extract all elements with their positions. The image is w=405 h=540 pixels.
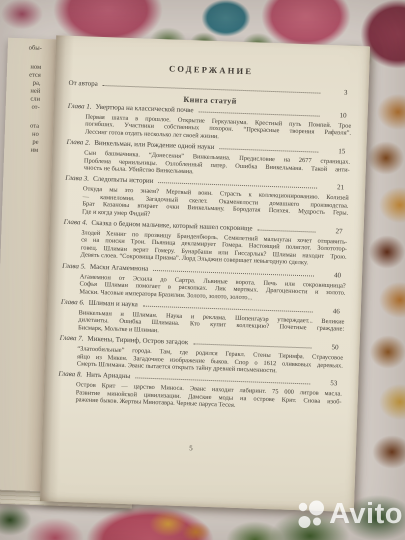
chapter-label: Глава 2. <box>66 138 90 147</box>
chapter-page-number: 10 <box>325 111 352 120</box>
chapter-page-number: 53 <box>315 379 342 388</box>
chapter-title: Следопыты истории <box>93 175 154 185</box>
chapter-page-number: 27 <box>320 227 347 236</box>
photo-scene: обы-нометсяра,нейслиот-отанореим СОДЕРЖА… <box>0 0 405 540</box>
dot-leader <box>198 111 319 116</box>
dot-leader <box>193 343 311 348</box>
chapter-page-number: 15 <box>323 147 350 156</box>
toc-list: Глава 1.Увертюра на классической почве10… <box>57 102 351 413</box>
toc-page-number: 3 <box>325 88 352 97</box>
chapter-title: Микены, Тиринф, Остров загадок <box>87 335 188 347</box>
chapter-page-number: 40 <box>319 270 346 279</box>
dot-leader <box>257 230 315 233</box>
chapter-title: Шлиман и наука <box>89 299 138 309</box>
open-book: обы-нометсяра,нейслиот-отанореим СОДЕРЖА… <box>0 30 376 519</box>
avito-logo-icon <box>295 497 326 532</box>
chapter-page-number: 50 <box>316 343 343 352</box>
left-page-fragment: им <box>25 146 38 154</box>
dot-leader <box>158 182 317 189</box>
chapter-title: Увертюра на классической почве <box>95 103 193 114</box>
chapter-label: Глава 8. <box>58 370 82 379</box>
chapter-label: Глава 1. <box>68 102 92 111</box>
left-page-fragment <box>28 52 41 63</box>
chapter-page-number: 21 <box>322 183 349 192</box>
chapter-title: Маски Агамемнона <box>90 262 149 272</box>
avito-watermark-text: Avito <box>329 498 403 531</box>
contents-heading: СОДЕРЖАНИЕ <box>69 60 353 80</box>
left-page-text-fragments: обы-нометсяра,нейслиот-отанореим <box>25 44 42 154</box>
chapter-title: Винкельман, или Рождение одной науки <box>94 139 215 151</box>
dot-leader <box>153 270 314 277</box>
dot-leader <box>143 305 313 312</box>
chapter-label: Глава 7. <box>60 334 84 343</box>
chapter-label: Глава 5. <box>62 261 86 270</box>
avito-watermark: Avito <box>295 497 403 532</box>
chapter-label: Глава 4. <box>64 218 88 227</box>
chapter-page-number: 46 <box>318 307 345 316</box>
left-page-fragment: обы- <box>29 44 42 52</box>
left-page-fragment: ется <box>28 71 41 79</box>
chapter-title: Нить Ариадны <box>86 371 130 381</box>
chapter-label: Глава 3. <box>65 174 89 183</box>
toc-item-label: От автора <box>68 79 97 88</box>
contents-page: СОДЕРЖАНИЕ От автора 3 Книга статуй Глав… <box>40 35 370 512</box>
dot-leader <box>219 148 318 152</box>
left-page-fragment <box>26 111 39 122</box>
chapter-label: Глава 6. <box>61 298 85 307</box>
